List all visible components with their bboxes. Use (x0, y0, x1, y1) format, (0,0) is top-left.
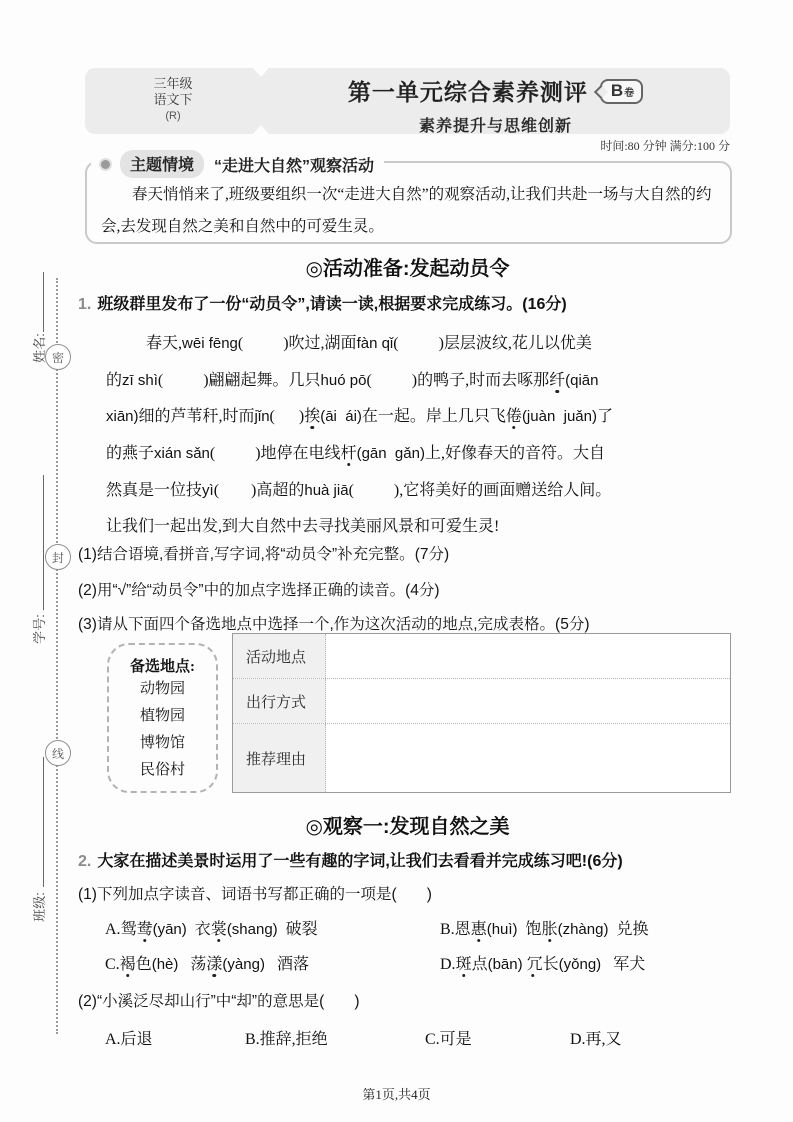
theme-pill: 主题情境 (120, 150, 204, 178)
class-fill-line (43, 757, 44, 887)
bubble-item-botanic: 植物园 (109, 703, 216, 730)
bubble-title: 备选地点: (109, 655, 216, 676)
grade-block: 三年级 语文下 (R) (85, 76, 261, 124)
passage-line: 春天,wēi fēng( )吹过,湖面fàn qǐ( )层层波纹,花儿以优美 (106, 330, 786, 353)
seal-char-mi: 密 (45, 344, 71, 370)
section1-heading: ◎活动准备:发起动员令 (85, 252, 730, 281)
table-answer-transport (326, 679, 730, 723)
q2-sub2: (2)“小溪泛尽却山行”中“却”的意思是( ) (78, 989, 733, 1011)
table-label-transport: 出行方式 (233, 679, 326, 723)
theme-body: 春天悄悄来了,班级要组织一次“走进大自然”的观察活动,让我们共赴一场与大自然的约… (101, 179, 713, 243)
class-label: 班级: (29, 877, 47, 937)
paper-badge: B卷 (600, 79, 643, 104)
q1-sub3: (3)请从下面四个备选地点中选择一个,作为这次活动的地点,完成表格。(5分) (78, 612, 733, 634)
candidate-places-bubble: 备选地点: 动物园 植物园 博物馆 民俗村 (107, 643, 218, 793)
q2-2-option-a: A.后退 (105, 1026, 153, 1049)
bubble-item-folk-village: 民俗村 (109, 757, 216, 784)
theme-tag-row: 主题情境 “走进大自然”观察活动 (91, 150, 384, 178)
q2-2-option-d: D.再,又 (570, 1026, 622, 1049)
q1-number: 1. (78, 296, 91, 313)
table-row: 活动地点 (233, 634, 730, 678)
grade-label: 三年级 (85, 76, 261, 92)
bubble-item-museum: 博物馆 (109, 730, 216, 757)
q1-sub1: (1)结合语境,看拼音,写字词,将“动员令”补充完整。(7分) (78, 542, 733, 564)
id-fill-line (43, 475, 44, 610)
q2-option-a: A.鸳鸯(yān) 衣裳(shang) 破裂 (105, 916, 318, 939)
page-number: 第1页,共4页 (0, 1084, 793, 1103)
q2-2-option-c: C.可是 (425, 1026, 472, 1049)
name-label: 姓名: (29, 318, 47, 378)
seal-dotted-line (56, 278, 58, 1034)
page-subtitle: 素养提升与思维创新 (261, 113, 730, 136)
q2-option-c: C.褐色(hè) 荡漾(yàng) 酒落 (105, 951, 309, 974)
subject-label: 语文下 (85, 92, 261, 108)
table-row: 推荐理由 (233, 723, 730, 792)
header-banner: 三年级 语文下 (R) 第一单元综合素养测评B卷 素养提升与思维创新 (85, 68, 730, 134)
q2-stem: 2.大家在描述美景时运用了一些有趣的字词,让我们去看看并完成练习吧!(6分) (78, 848, 738, 871)
passage-line: xiān)细的芦苇秆,时而jǐn( )挨(āi ái)在一起。岸上几只飞倦(ju… (106, 403, 746, 426)
header-title-wrap: 第一单元综合素养测评B卷 素养提升与思维创新 (261, 74, 730, 136)
bubble-item-zoo: 动物园 (109, 676, 216, 703)
bullet-icon (101, 160, 110, 169)
q2-2-option-b: B.推辞,拒绝 (245, 1026, 328, 1049)
table-answer-reason (326, 724, 730, 792)
theme-title: “走进大自然”观察活动 (214, 153, 374, 176)
q1-stem: 1.班级群里发布了一份“动员令”,请读一读,根据要求完成练习。(16分) (78, 291, 738, 314)
theme-box: 主题情境 “走进大自然”观察活动 春天悄悄来了,班级要组织一次“走进大自然”的观… (85, 161, 732, 244)
table-label-reason: 推荐理由 (233, 724, 326, 792)
activity-table: 活动地点 出行方式 推荐理由 (232, 633, 731, 793)
q2-option-d: D.斑点(bān) 冗长(yǒng) 军犬 (440, 951, 645, 974)
passage-line: 让我们一起出发,到大自然中去寻找美丽风景和可爱生灵! (106, 513, 746, 536)
q2-number: 2. (78, 853, 91, 870)
passage-line: 的燕子xián sǎn( )地停在电线杆(gān gǎn)上,好像春天的音符。大… (106, 440, 746, 463)
id-label: 学号: (29, 599, 47, 659)
passage-line: 然真是一位技yì( )高超的huà jiā( ),它将美好的画面赠送给人间。 (106, 477, 746, 500)
seal-char-xian: 线 (45, 740, 71, 766)
q1-sub2: (2)用“√”给“动员令”中的加点字选择正确的读音。(4分) (78, 578, 733, 600)
edition-label: (R) (85, 108, 261, 124)
table-answer-place (326, 634, 730, 678)
seal-char-feng: 封 (45, 544, 71, 570)
passage-line: 的zī shì( )翩翩起舞。几只huó pō( )的鸭子,时而去啄那纤(qiā… (106, 367, 746, 390)
table-label-place: 活动地点 (233, 634, 326, 678)
page-title: 第一单元综合素养测评 (348, 79, 588, 105)
q2-option-b: B.恩惠(huì) 饱胀(zhàng) 兑换 (440, 916, 648, 939)
section2-heading: ◎观察一:发现自然之美 (85, 810, 730, 839)
table-row: 出行方式 (233, 678, 730, 723)
test-paper-page: 姓名: 密 封 学号: 线 班级: 三年级 语文下 (R) 第一单元综合素养测评… (0, 0, 793, 1122)
q2-sub1: (1)下列加点字读音、词语书写都正确的一项是( ) (78, 882, 733, 904)
